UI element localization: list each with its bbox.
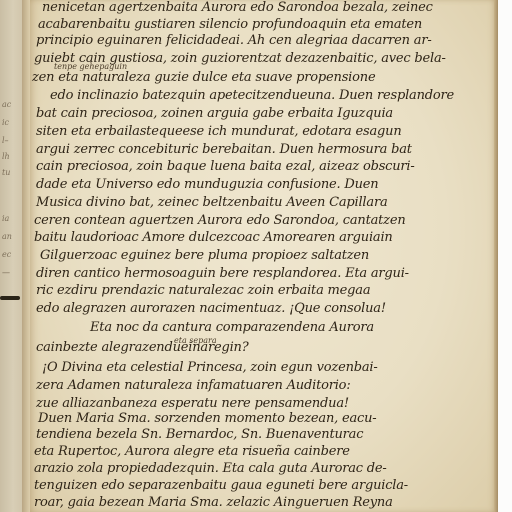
- margin-fragment: l–: [2, 136, 9, 145]
- margin-fragment: ec: [2, 250, 11, 259]
- text-line: bat cain preciosoa, zoinen arguia gabe e…: [36, 106, 393, 121]
- text-line: roar, gaia bezean Maria Sma. zelazic Ain…: [34, 495, 393, 510]
- text-line: ric ezdiru prendazic naturalezac zoin er…: [36, 283, 370, 298]
- text-line: edo inclinazio batezquin apetecitzendueu…: [50, 88, 454, 103]
- margin-fragment: tu: [2, 168, 10, 177]
- text-line: Eta noc da cantura comparazendena Aurora: [90, 320, 374, 335]
- margin-fragment: an: [2, 232, 12, 241]
- text-line: acabarenbaitu gustiaren silencio profund…: [38, 17, 422, 32]
- text-line: nenicetan agertzenbaita Aurora edo Saron…: [42, 0, 433, 15]
- text-line: ¡O Divina eta celestial Princesa, zoin e…: [42, 360, 378, 375]
- margin-fragment: ac: [2, 100, 11, 109]
- margin-fragment: lh: [2, 152, 10, 161]
- text-line: arazio zola propiedadezquin. Eta cala gu…: [34, 461, 387, 476]
- margin-fragment: ia: [2, 214, 9, 223]
- text-line: diren cantico hermosoaguin bere respland…: [36, 266, 409, 281]
- text-line: ceren contean aguertzen Aurora edo Saron…: [34, 213, 406, 228]
- scan-background: [498, 0, 512, 512]
- text-line: zue alliazanbaneza esperatu nere pensame…: [36, 396, 349, 411]
- text-line: baitu laudorioac Amore dulcezcoac Amorea…: [34, 230, 393, 245]
- text-line: eta Rupertoc, Aurora alegre eta risueña …: [34, 444, 350, 459]
- text-line: dade eta Universo edo munduguzia confusi…: [36, 177, 378, 192]
- text-line: zen eta naturaleza guzie dulce eta suave…: [32, 70, 375, 85]
- text-line: siten eta erbailastequeese ich mundurat,…: [36, 124, 402, 139]
- margin-fragment: —: [2, 268, 10, 277]
- text-line: Musica divino bat, zeinec beltzenbaitu A…: [36, 195, 388, 210]
- handwritten-text: nenicetan agertzenbaita Aurora edo Saron…: [36, 0, 494, 512]
- text-line: cainbezte alegrazendueinaregin?: [36, 340, 248, 355]
- text-line: Gilguerzoac eguinez bere pluma propioez …: [40, 248, 369, 263]
- text-line: tendiena bezela Sn. Bernardoc, Sn. Buena…: [36, 427, 363, 442]
- text-line: Duen Maria Sma. sorzenden momento bezean…: [38, 411, 376, 426]
- text-line: edo alegrazen aurorazen nacimentuaz. ¡Qu…: [36, 301, 386, 316]
- ink-blot: [0, 296, 20, 300]
- text-line: cain preciosoa, zoin baque luena baita e…: [36, 159, 415, 174]
- text-line: zera Adamen naturaleza infamatuaren Audi…: [36, 378, 351, 393]
- text-line: principio eguinaren felicidadeai. Ah cen…: [36, 33, 432, 48]
- manuscript-page: ac ic l– lh tu ia an ec — nenicetan ager…: [0, 0, 512, 512]
- text-line: tenguizen edo separazenbaitu gaua egunet…: [34, 478, 408, 493]
- margin-fragment: ic: [2, 118, 9, 127]
- text-line: argui zerrec concebituric berebaitan. Du…: [36, 142, 412, 157]
